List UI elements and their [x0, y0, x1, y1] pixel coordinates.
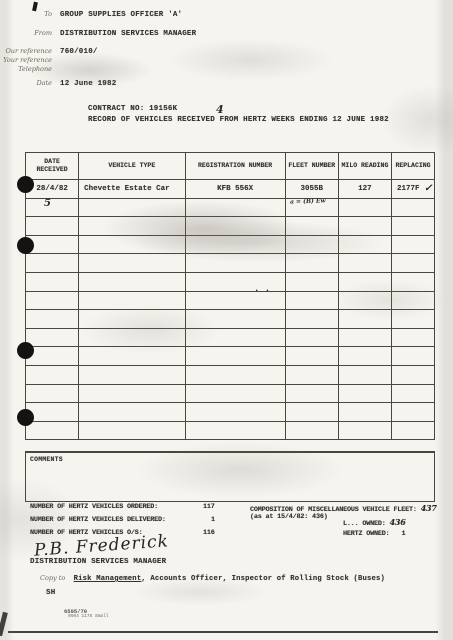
header-vehicle-type: VEHICLE TYPE [79, 153, 185, 180]
hole-punch [17, 237, 34, 254]
table-cell [185, 198, 285, 217]
table-cell [185, 217, 285, 236]
table-cell [185, 347, 285, 366]
table-cell [338, 365, 391, 384]
table-cell [185, 365, 285, 384]
stat-ordered-value: 117 [203, 503, 215, 511]
your-reference-label: Your reference [0, 56, 52, 64]
table-cell [338, 421, 391, 440]
table-cell [185, 310, 285, 329]
table-cell [185, 254, 285, 273]
table-cell [26, 217, 79, 236]
table-row [26, 403, 435, 422]
table-row [26, 254, 435, 273]
table-row: 28/4/82Chevette Estate CarKFB 556X3055B1… [26, 180, 435, 199]
table-cell [185, 384, 285, 403]
contract-number-line: CONTRACT NO: 19156K [88, 104, 428, 115]
table-cell [392, 198, 435, 217]
table-cell [26, 254, 79, 273]
table-cell [392, 328, 435, 347]
table-cell [392, 254, 435, 273]
table-row [26, 310, 435, 329]
table-cell [185, 403, 285, 422]
stat-ordered: NUMBER OF HERTZ VEHICLES ORDERED: 117 [30, 503, 158, 511]
stat-hertz-owned-label: HERTZ OWNED: [343, 530, 390, 538]
table-cell [338, 328, 391, 347]
table-row [26, 384, 435, 403]
header-date-received: DATE RECEIVED [26, 153, 79, 180]
table-row [26, 272, 435, 291]
table-cell [79, 347, 185, 366]
table-cell [338, 291, 391, 310]
copy-to-rest: , Accounts Officer, Inspector of Rolling… [141, 575, 385, 583]
subject-block: CONTRACT NO: 19156K RECORD OF VEHICLES R… [88, 104, 428, 126]
to-label: To [0, 10, 52, 18]
table-cell [338, 384, 391, 403]
table-row [26, 365, 435, 384]
table-cell [26, 310, 79, 329]
table-cell [79, 235, 185, 254]
handwritten-checkmark: ✓ [424, 183, 432, 194]
stat-delivered: NUMBER OF HERTZ VEHICLES DELIVERED: 1 [30, 516, 166, 524]
scan-artifact [0, 612, 8, 636]
table-cell [79, 291, 185, 310]
table-cell [338, 198, 391, 217]
handwritten-fleet-note: a = (B) Ew [290, 197, 326, 205]
our-reference-label: Our reference [0, 47, 52, 55]
table-cell [338, 235, 391, 254]
table-cell [392, 217, 435, 236]
handwritten-week-number: 4 [216, 103, 224, 116]
handwritten-five: 5 [44, 198, 51, 209]
stat-hertz-owned: HERTZ OWNED: 1 [343, 530, 405, 538]
ink-specks: · · [254, 286, 270, 296]
table-cell [392, 272, 435, 291]
author-initials: SH [46, 589, 55, 597]
table-cell [79, 403, 185, 422]
table-cell [26, 272, 79, 291]
copy-to-line: Copy to Risk Management, Accounts Office… [40, 574, 385, 583]
table-cell: 127 [338, 180, 391, 199]
table-row [26, 328, 435, 347]
stat-lt-owned-value: 436 [390, 517, 406, 527]
table-row [26, 235, 435, 254]
telephone-label: Telephone [0, 65, 52, 73]
copy-to-highlight: Risk Management [74, 575, 142, 583]
table-cell [26, 365, 79, 384]
memo-our-ref-row: Our reference 760/010/ [0, 47, 98, 56]
record-title-line: RECORD OF VEHICLES RECEIVED FROM HERTZ W… [88, 115, 428, 126]
scanned-memo-page: To GROUP SUPPLIES OFFICER 'A' From DISTR… [0, 0, 453, 640]
table-cell: KFB 556X [185, 180, 285, 199]
from-value: DISTRIBUTION SERVICES MANAGER [60, 30, 196, 38]
table-cell [392, 291, 435, 310]
table-cell [285, 310, 338, 329]
table-cell [79, 254, 185, 273]
hole-punch [17, 176, 34, 193]
memo-telephone-row: Telephone [0, 65, 60, 73]
table-row [26, 217, 435, 236]
table-cell [26, 384, 79, 403]
table-cell [79, 272, 185, 291]
table-row [26, 421, 435, 440]
table-cell [285, 254, 338, 273]
our-reference-value: 760/010/ [60, 48, 98, 56]
table-cell: Chevette Estate Car [79, 180, 185, 199]
copy-to-label: Copy to [40, 574, 65, 582]
from-label: From [0, 29, 52, 37]
to-value: GROUP SUPPLIES OFFICER 'A' [60, 11, 182, 19]
stat-composition-value: 437 [421, 503, 437, 513]
vehicles-table: DATE RECEIVED VEHICLE TYPE REGISTRATION … [25, 152, 435, 440]
table-cell [185, 235, 285, 254]
table-cell [79, 217, 185, 236]
table-cell [26, 198, 79, 217]
table-cell [79, 365, 185, 384]
table-cell [285, 272, 338, 291]
table-cell [392, 347, 435, 366]
table-body: 28/4/82Chevette Estate CarKFB 556X3055B1… [26, 180, 435, 440]
table-cell [392, 235, 435, 254]
table-cell [79, 198, 185, 217]
comments-box: COMMENTS [25, 451, 435, 502]
date-value: 12 June 1982 [60, 80, 116, 88]
table-row [26, 347, 435, 366]
table-row [26, 198, 435, 217]
header-fleet-number: FLEET NUMBER [285, 153, 338, 180]
memo-your-ref-row: Your reference [0, 56, 60, 64]
table-cell [185, 421, 285, 440]
date-label: Date [0, 79, 52, 87]
form-number-small: 0504 1175 Small [68, 614, 109, 619]
scan-artifact [8, 631, 438, 633]
table-cell [285, 235, 338, 254]
header-registration-number: REGISTRATION NUMBER [185, 153, 285, 180]
table-row [26, 291, 435, 310]
table-cell [338, 272, 391, 291]
memo-from-row: From DISTRIBUTION SERVICES MANAGER [0, 29, 196, 38]
stat-delivered-label: NUMBER OF HERTZ VEHICLES DELIVERED: [30, 516, 166, 524]
table-cell [285, 328, 338, 347]
table-cell [338, 254, 391, 273]
stat-ordered-label: NUMBER OF HERTZ VEHICLES ORDERED: [30, 503, 158, 511]
table-cell [285, 347, 338, 366]
stat-outstanding-value: 116 [203, 529, 215, 537]
table-cell [285, 291, 338, 310]
stat-hertz-owned-value: 1 [401, 530, 405, 538]
table-header-row: DATE RECEIVED VEHICLE TYPE REGISTRATION … [26, 153, 435, 180]
table-cell [285, 217, 338, 236]
table-cell [392, 384, 435, 403]
table-cell [285, 384, 338, 403]
table-cell [392, 310, 435, 329]
table-cell [392, 421, 435, 440]
table-cell [185, 328, 285, 347]
table-cell [79, 328, 185, 347]
stat-lt-owned-label: L... OWNED: [343, 520, 386, 528]
header-milo-reading: MILO READING [338, 153, 391, 180]
table-cell [285, 421, 338, 440]
table-cell [338, 217, 391, 236]
table-cell [392, 403, 435, 422]
table-cell [285, 403, 338, 422]
table-cell [26, 328, 79, 347]
table-cell [79, 421, 185, 440]
table-cell [79, 384, 185, 403]
hole-punch [17, 409, 34, 426]
table-cell [338, 310, 391, 329]
comments-label: COMMENTS [30, 456, 434, 463]
table-cell: 3055B [285, 180, 338, 199]
table-cell [26, 291, 79, 310]
header-replacing: REPLACING [392, 153, 435, 180]
stat-delivered-value: 1 [211, 516, 215, 524]
table-cell [26, 421, 79, 440]
hole-punch [17, 342, 34, 359]
memo-date-row: Date 12 June 1982 [0, 79, 116, 88]
table-cell [79, 310, 185, 329]
memo-to-row: To GROUP SUPPLIES OFFICER 'A' [0, 10, 182, 19]
table-cell [392, 365, 435, 384]
stat-lt-owned: L... OWNED: 436 [343, 517, 406, 528]
table-cell [338, 347, 391, 366]
table-cell [285, 365, 338, 384]
stat-as-at-note: (as at 15/4/82: 436) [250, 513, 328, 521]
table-cell [338, 403, 391, 422]
